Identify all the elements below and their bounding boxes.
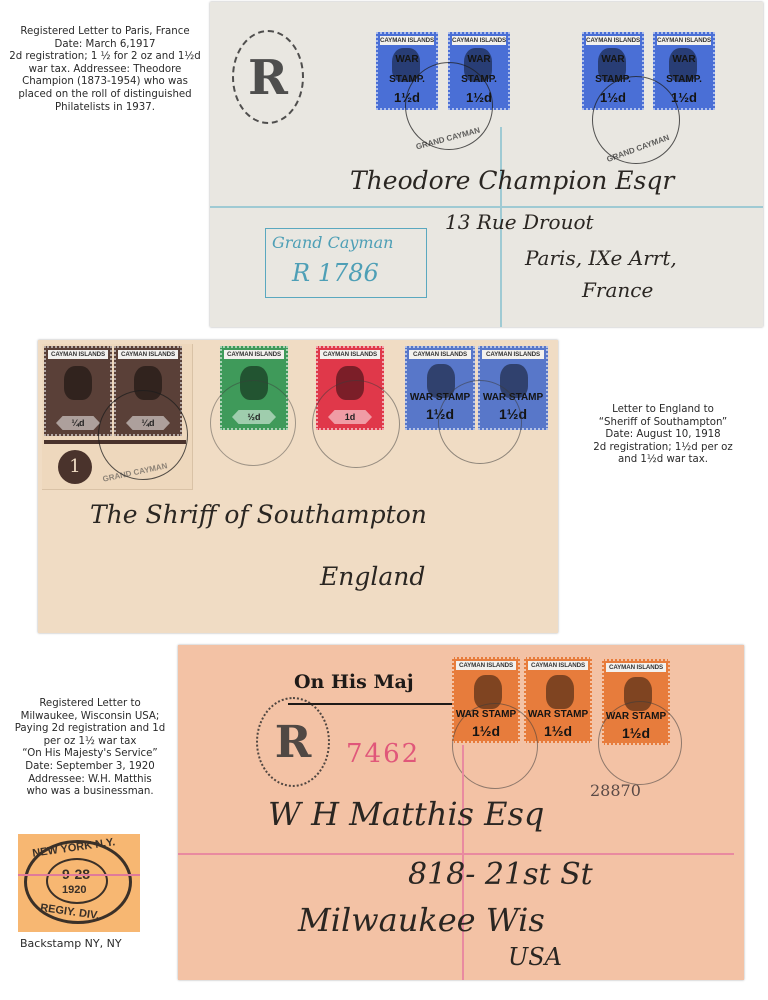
stamp-country: CAYMAN ISLANDS (606, 663, 666, 672)
stamp-country: CAYMAN ISLANDS (320, 350, 380, 359)
registration-box-text: R 1786 (292, 259, 379, 287)
pink-line (18, 874, 140, 876)
cover-milwaukee: On His Maj R 7462 CAYMAN ISLANDSWAR STAM… (178, 645, 744, 980)
cover-southampton: 1 CAYMAN ISLANDS¼d CAYMAN ISLANDS¼d CAYM… (38, 340, 558, 633)
king-portrait (546, 675, 574, 709)
stamp-country: CAYMAN ISLANDS (586, 36, 640, 45)
caption-line: Paying 2d registration and 1d (2, 723, 178, 736)
stamp-country: CAYMAN ISLANDS (118, 350, 178, 359)
stamp-country: CAYMAN ISLANDS (482, 350, 544, 359)
registry-red-number: 7462 (346, 739, 420, 769)
stamp-country: CAYMAN ISLANDS (409, 350, 471, 359)
stamp-country: CAYMAN ISLANDS (657, 36, 711, 45)
overprint: WAR (655, 54, 713, 65)
registration-line (210, 206, 763, 208)
caption-line: per oz 1½ war tax (2, 736, 178, 749)
stamp-country: CAYMAN ISLANDS (456, 661, 516, 670)
caption-line: 2d registration; 1 ½ for 2 oz and 1½d (5, 51, 205, 64)
caption-line: Milwaukee, Wisconsin USA; (2, 711, 178, 724)
caption-line: who was a businessman. (2, 786, 178, 799)
caption-line: “Sheriff of Southampton” (563, 417, 763, 430)
registration-oval: R (232, 30, 304, 124)
caption-line: placed on the roll of distinguished (5, 89, 205, 102)
caption-line: and 1½d war tax. (563, 454, 763, 467)
address-line: France (582, 278, 653, 302)
address-line: 13 Rue Drouot (445, 210, 594, 234)
registration-box-text: Grand Cayman (272, 233, 393, 252)
address-line: Theodore Champion Esqr (350, 166, 674, 195)
stamp-country: CAYMAN ISLANDS (48, 350, 108, 359)
caption-line: Registered Letter to Paris, France (5, 26, 205, 39)
postmark (452, 703, 538, 789)
king-portrait (64, 366, 92, 400)
cover1-caption: Registered Letter to Paris, France Date:… (5, 26, 205, 114)
stamp-country: CAYMAN ISLANDS (224, 350, 284, 359)
overprint: WAR (584, 54, 642, 65)
cover3-caption: Registered Letter to Milwaukee, Wisconsi… (2, 698, 178, 799)
caption-line: Addressee: W.H. Matthis (2, 774, 178, 787)
caption-line: war tax. Addressee: Theodore (5, 64, 205, 77)
caption-line: Date: August 10, 1918 (563, 429, 763, 442)
overprint: STAMP. (655, 74, 713, 85)
caption-line: Letter to England to (563, 404, 763, 417)
address-line: W H Matthis Esq (268, 795, 544, 833)
backstamp-year: 1920 (62, 884, 86, 896)
postmark (210, 380, 296, 466)
postmark (598, 701, 682, 785)
address-line: 818- 21st St (408, 857, 593, 892)
postmark (438, 380, 522, 464)
registration-letter: R (234, 50, 302, 106)
stamp-value: ¼d (56, 416, 100, 430)
backstamp-caption: Backstamp NY, NY (20, 938, 150, 951)
backstamp-image: NEW YORK N.Y. 9-28 1920 REGIY. DIV. (18, 834, 140, 932)
registry-number: 28870 (590, 781, 641, 800)
registration-oval: R (256, 697, 330, 787)
overprint: WAR STAMP (526, 709, 590, 720)
stamp-country: CAYMAN ISLANDS (380, 36, 434, 45)
stamp-country: CAYMAN ISLANDS (452, 36, 506, 45)
stamp-country: CAYMAN ISLANDS (528, 661, 588, 670)
address-line: Milwaukee Wis (298, 901, 545, 939)
postmark (312, 380, 400, 468)
caption-line: “On His Majesty's Service” (2, 748, 178, 761)
caption-line: Date: September 3, 1920 (2, 761, 178, 774)
plate-number: 1 (58, 450, 92, 484)
caption-line: Date: March 6,1917 (5, 39, 205, 52)
caption-line: Champion (1873-1954) who was (5, 76, 205, 89)
overprint: WAR (378, 54, 436, 65)
address-line: The Shriff of Southampton (90, 500, 427, 529)
caption-line: Registered Letter to (2, 698, 178, 711)
cover-paris: R CAYMAN ISLANDSWARSTAMP.1½d CAYMAN ISLA… (210, 2, 763, 327)
address-line: England (320, 562, 425, 591)
registration-box: Grand Cayman R 1786 (265, 228, 427, 298)
address-line: USA (508, 943, 562, 971)
caption-line: 2d registration; 1½d per oz (563, 442, 763, 455)
caption-line: Philatelists in 1937. (5, 102, 205, 115)
registration-line (178, 853, 734, 855)
registration-letter: R (258, 717, 328, 768)
ohms-header: On His Maj (294, 671, 414, 693)
cover2-caption: Letter to England to “Sheriff of Southam… (563, 404, 763, 467)
address-line: Paris, IXe Arrt, (525, 246, 677, 270)
